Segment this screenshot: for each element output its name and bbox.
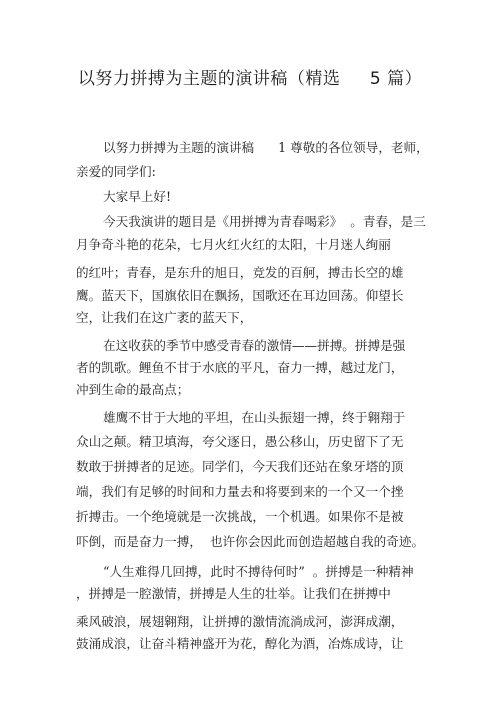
paragraph-line: 者的凯歌。鲤鱼不甘于水底的平凡，奋力一搏，越过龙门， [76,360,403,376]
paragraph-line: 在这收获的季节中感受青春的激情——拼搏。拼搏是强 [103,338,405,354]
paragraph-line: 雄鹰不甘于大地的平坦，在山头振翅一搏，终于翱翔于 [103,410,405,426]
paragraph-line: 今天我演讲的题目是《用拼搏为青春喝彩》 。青春，是三 [103,214,426,230]
paragraph-line: 吓倒，而是奋力一搏， 也许你会因此而创造超越自我的奇迹。 [76,534,424,550]
paragraph-line: 亲爱的同学们: [76,164,156,180]
paragraph-line: 鹰。蓝天下，国旗依旧在飘扬，国歌还在耳边回荡。仰望长 [76,288,403,304]
document-title: 以努力拼搏为主题的演讲稿（精选 5 篇） [0,64,500,89]
paragraph-line: 乘风破浪，展翅翱翔，让拼搏的激情流淌成河，澎湃成潮， [76,614,403,630]
paragraph-line: 以努力拼搏为主题的演讲稿 1 尊敬的各位领导，老师， [103,140,429,156]
paragraph-line: 空，让我们在这广袤的蓝天下， [76,310,252,326]
paragraph-line: 月争奇斗艳的花朵，七月火红火红的太阳，十月迷人绚丽 [76,237,391,253]
paragraph-line: “人生难得几回搏，此时不搏待何时” 。拼搏是一种精神 [103,564,414,580]
paragraph-line: ，拼搏是一腔激情，拼搏是人生的壮举。让我们在拼搏中 [76,586,391,602]
paragraph-line: 众山之颠。精卫填海，夸父逐日，愚公移山，历史留下了无 [76,434,403,450]
paragraph-line: 折搏击。一个绝境就是一次挑战，一个机遇。如果你不是被 [76,509,403,525]
paragraph-line: 数敢于拼搏者的足迹。同学们，今天我们还站在象牙塔的顶 [76,459,403,475]
paragraph-line: 鼓涌成浪，让奋斗精神盛开为花，醇化为酒，冶炼成诗，让 [76,636,403,652]
document-page: 以努力拼搏为主题的演讲稿（精选 5 篇） 以努力拼搏为主题的演讲稿 1 尊敬的各… [0,0,500,708]
paragraph-line: 大家早上好! [103,189,171,205]
paragraph-line: 冲到生命的最高点； [76,382,189,398]
paragraph-line: 的红叶；青春，是东升的旭日，竞发的百舸，搏击长空的雄 [76,265,403,281]
paragraph-line: 端，我们有足够的时间和力量去和将要到来的一个又一个挫 [76,484,403,500]
